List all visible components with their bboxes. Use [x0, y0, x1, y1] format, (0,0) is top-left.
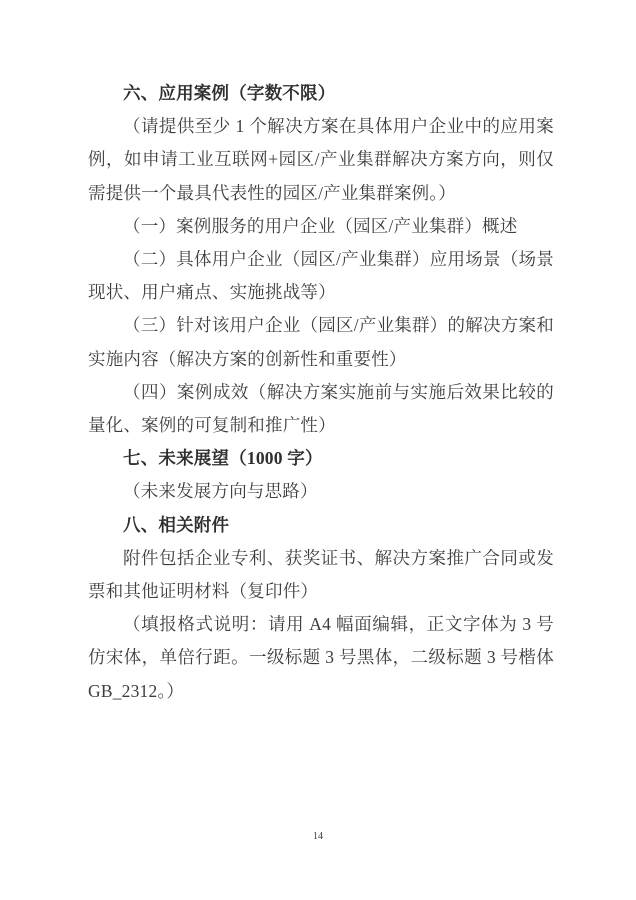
subheading-case-two-line-1: （二）具体用户企业（园区/产业集群）应用场景（场景 [88, 243, 554, 276]
subheading-case-four-line-2: 量化、案例的可复制和推广性） [88, 409, 554, 442]
subheading-case-one: （一）案例服务的用户企业（园区/产业集群）概述 [88, 210, 554, 243]
subheading-case-three-line-2: 实施内容（解决方案的创新性和重要性） [88, 343, 554, 376]
document-page: 六、应用案例（字数不限） （请提供至少 1 个解决方案在具体用户企业中的应用案 … [0, 0, 636, 900]
para-future-direction: （未来发展方向与思路） [88, 475, 554, 508]
heading-eight-attachments: 八、相关附件 [88, 509, 554, 542]
para-case-intro-line-3: 需提供一个最具代表性的园区/产业集群案例。） [88, 177, 554, 210]
para-attachments-line-1: 附件包括企业专利、获奖证书、解决方案推广合同或发 [88, 542, 554, 575]
heading-seven-future-outlook: 七、未来展望（1000 字） [88, 442, 554, 475]
heading-six-application-cases: 六、应用案例（字数不限） [88, 77, 554, 110]
para-format-note-line-2: 仿宋体，单倍行距。一级标题 3 号黑体，二级标题 3 号楷体 [88, 641, 554, 674]
para-case-intro-line-2: 例，如申请工业互联网+园区/产业集群解决方案方向，则仅 [88, 143, 554, 176]
page-number: 14 [0, 831, 636, 842]
para-case-intro-line-1: （请提供至少 1 个解决方案在具体用户企业中的应用案 [88, 110, 554, 143]
subheading-case-three-line-1: （三）针对该用户企业（园区/产业集群）的解决方案和 [88, 309, 554, 342]
para-format-note-line-1: （填报格式说明：请用 A4 幅面编辑，正文字体为 3 号 [88, 608, 554, 641]
page-body-text: 六、应用案例（字数不限） （请提供至少 1 个解决方案在具体用户企业中的应用案 … [88, 77, 554, 708]
para-attachments-line-2: 票和其他证明材料（复印件） [88, 575, 554, 608]
subheading-case-four-line-1: （四）案例成效（解决方案实施前与实施后效果比较的 [88, 376, 554, 409]
subheading-case-two-line-2: 现状、用户痛点、实施挑战等） [88, 276, 554, 309]
para-format-note-line-3: GB_2312。） [88, 675, 554, 708]
